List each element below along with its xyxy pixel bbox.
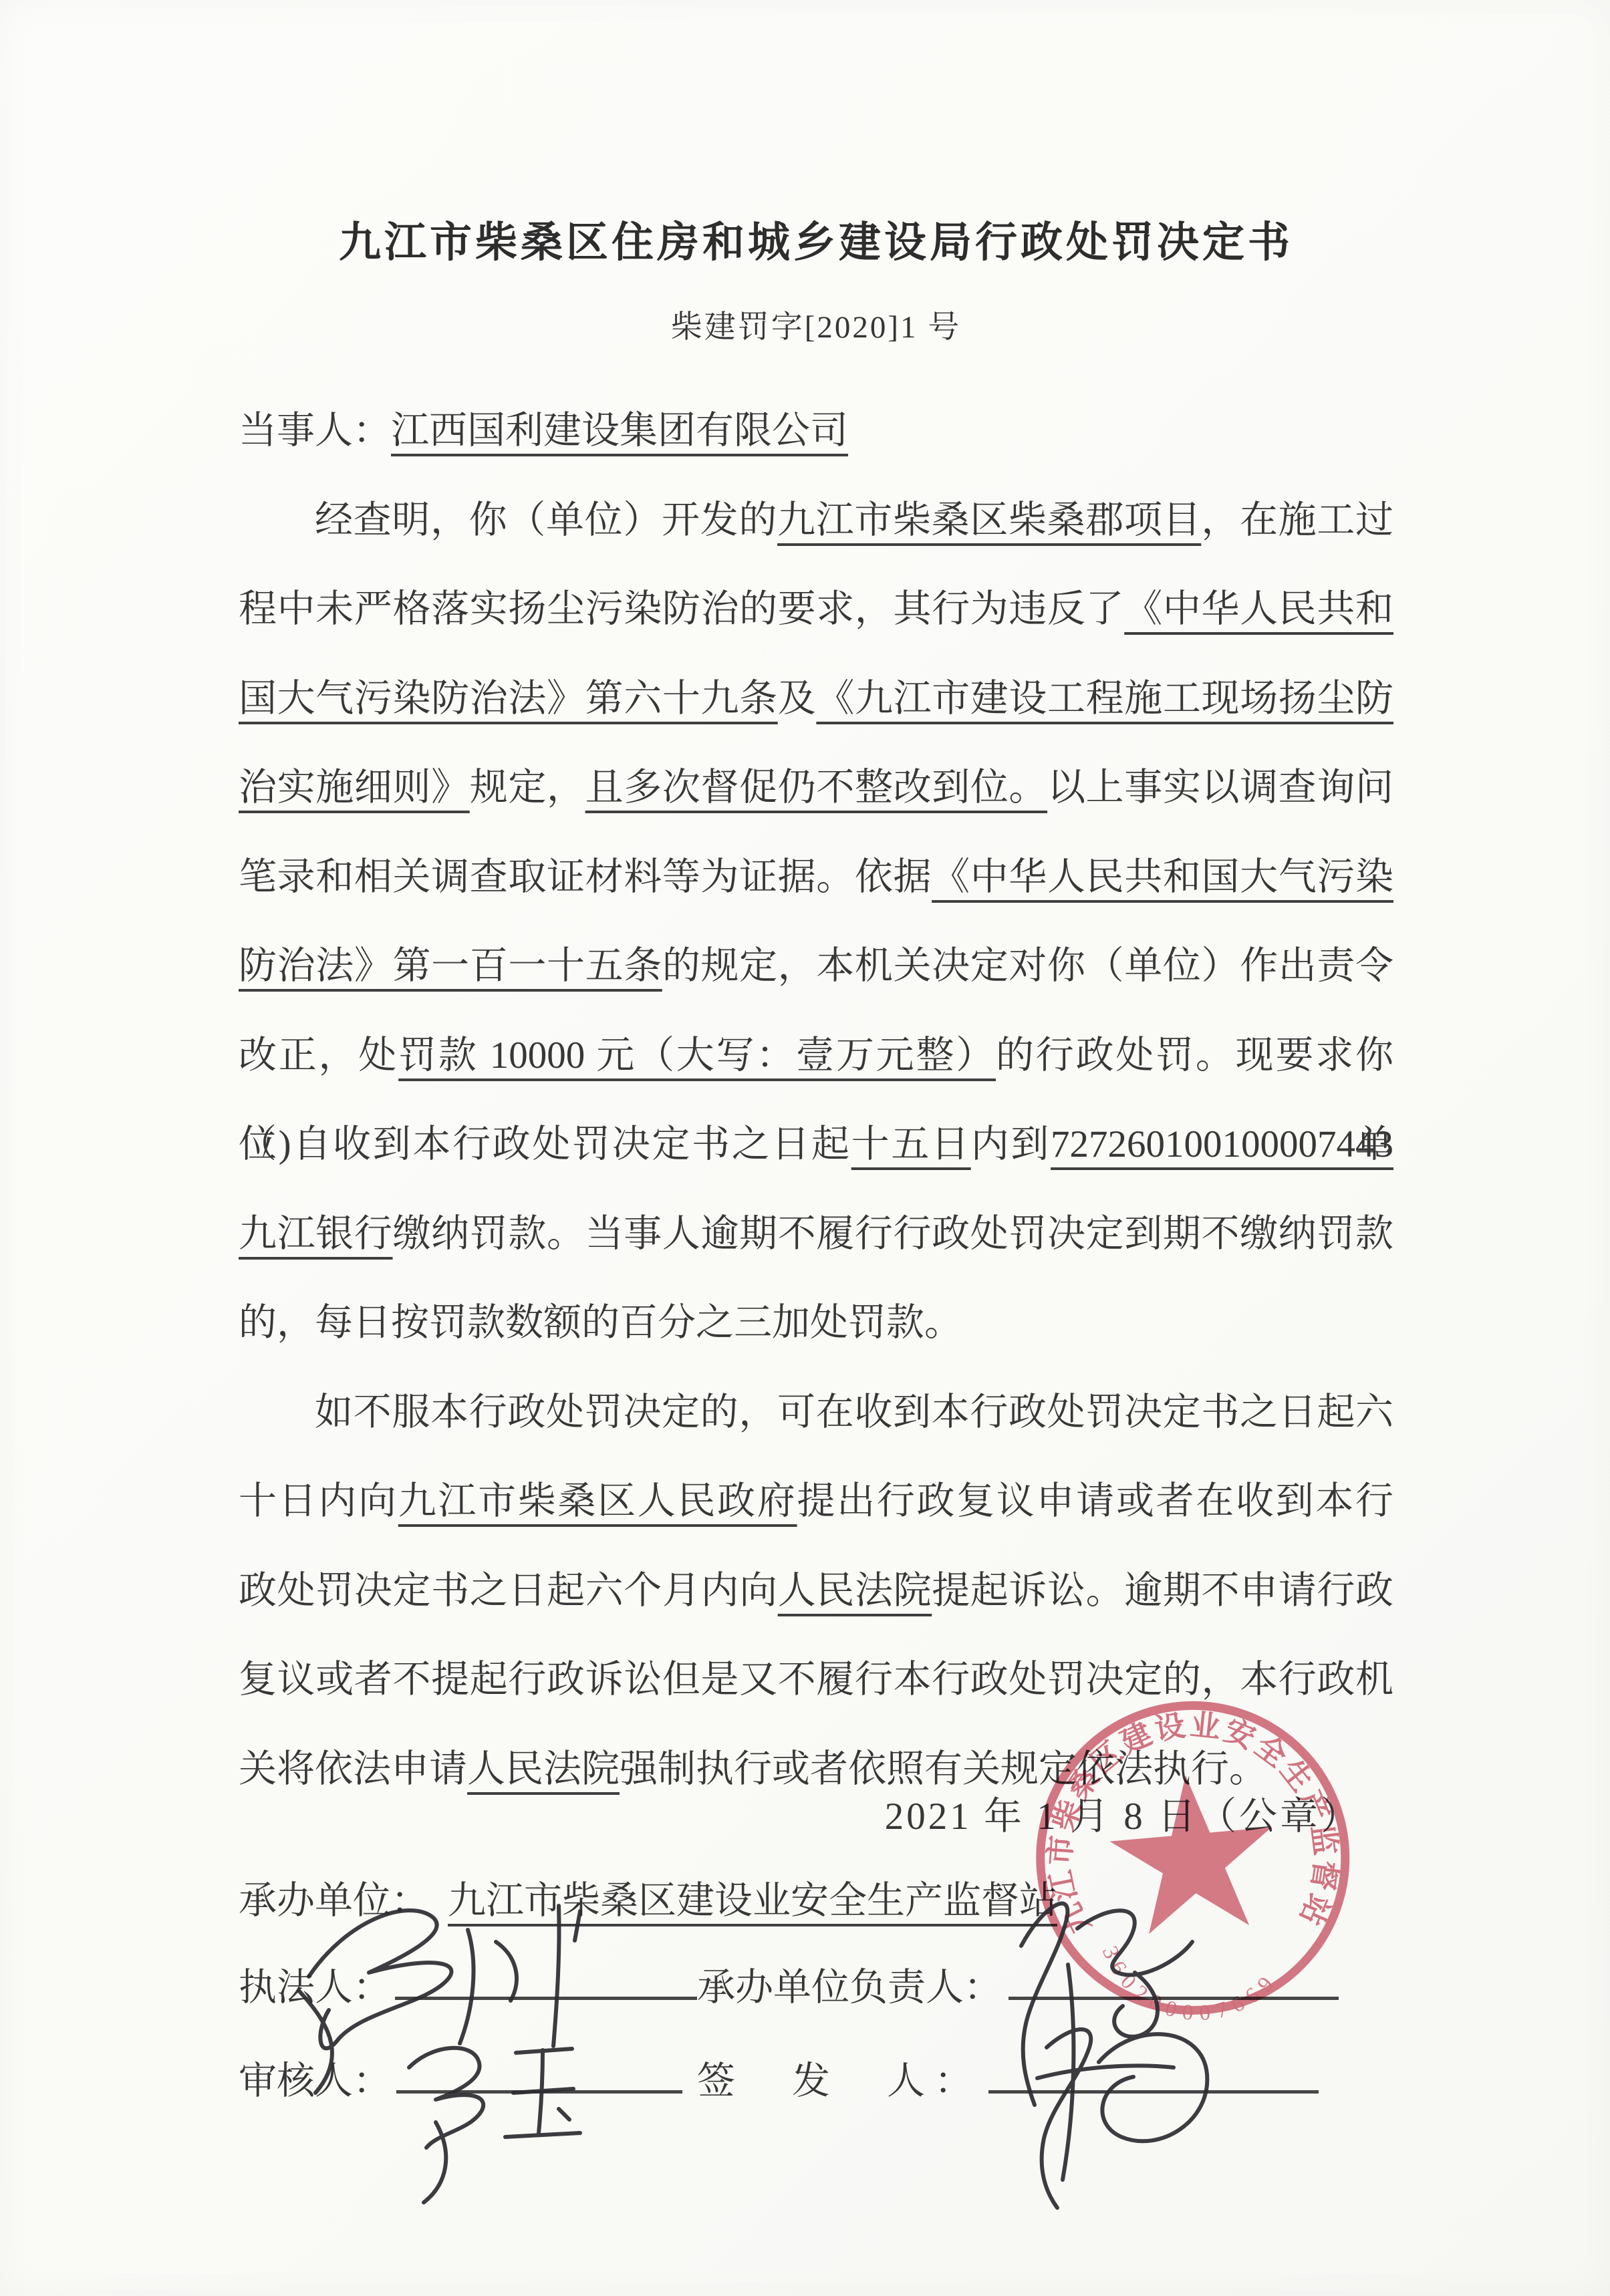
- body-text: 缴纳罚款。当事人逾期不履行行政处罚决定到期不缴纳罚款: [392, 1213, 1393, 1255]
- body-line-7: 防治法》第一百一十五条的规定，本机关决定对你（单位）作出责令: [239, 921, 1393, 1011]
- body-text: 改正，处: [239, 1034, 398, 1077]
- body-text: 提起诉讼。逾期不申请行政: [932, 1570, 1393, 1612]
- enforcer-label: 执法人：: [239, 1967, 391, 2009]
- underlined-text: 人民法院: [467, 1748, 620, 1790]
- body-line-4: 国大气污染防治法》第六十九条及《九江市建设工程施工现场扬尘防: [239, 654, 1393, 744]
- reviewer-signature-line: [396, 2051, 682, 2094]
- body-line-11: 的，每日按罚款数额的百分之三加处罚款。: [239, 1278, 1393, 1368]
- body-line-12: 如不服本行政处罚决定的，可在收到本行政处罚决定书之日起六: [239, 1368, 1393, 1457]
- date-line: 2021 年 1 月 8 日（公章）: [239, 1785, 1393, 1840]
- body-text: 复议或者不提起行政诉讼但是又不履行本行政处罚决定的，本行政机: [239, 1659, 1393, 1701]
- body-text: 十日内向: [239, 1480, 398, 1522]
- underlined-text: 727260100100007443: [1051, 1123, 1393, 1165]
- body-text: 强制执行或者依照有关规定依法执行。: [620, 1748, 1267, 1790]
- enforcer-signature-line: [395, 1958, 697, 2000]
- underlined-text: 《九江市建设工程施工现场扬尘防: [816, 678, 1393, 720]
- underlined-text: 治实施细则》: [239, 766, 470, 809]
- body-text: 规定，: [470, 766, 585, 809]
- issuer-signature-line: [988, 2051, 1319, 2094]
- underlined-text: 国大气污染防治法》第六十九条: [239, 678, 778, 720]
- body-text: 政处罚决定书之日起六个月内向: [239, 1570, 778, 1612]
- body-text: 位)自收到本行政处罚决定书之日起: [239, 1123, 851, 1165]
- document-number: 柴建罚字[2020]1 号: [239, 302, 1393, 347]
- undertaker-label: 承办单位：: [239, 1880, 429, 1922]
- body-text: 以上事实以调查询问: [1047, 766, 1393, 809]
- body-text: 关将依法申请: [239, 1748, 467, 1790]
- reviewer-row: 审核人：签 发 人：: [239, 2050, 1319, 2105]
- body-line-10: 九江银行缴纳罚款。当事人逾期不履行行政处罚决定到期不缴纳罚款: [239, 1189, 1393, 1279]
- issuer-label: 签 发 人：: [697, 2060, 982, 2102]
- body-line-2: 经查明，你（单位）开发的九江市柴桑区柴桑郡项目，在施工过: [239, 476, 1393, 565]
- body-text: 程中未严格落实扬尘污染防治的要求，其行为违反了: [239, 588, 1124, 630]
- underlined-text: 十五日: [851, 1123, 971, 1165]
- undertaker-value: 九江市柴桑区建设业安全生产监督站: [448, 1880, 1057, 1922]
- body-text: 提出行政复议申请或者在收到本行: [797, 1480, 1394, 1522]
- body-line-9: 位)自收到本行政处罚决定书之日起十五日内到727260100100007443: [239, 1100, 1393, 1189]
- body-line-13: 十日内向九江市柴桑区人民政府提出行政复议申请或者在收到本行: [239, 1457, 1393, 1546]
- responsible-label: 承办单位负责人：: [697, 1967, 1002, 2009]
- body-text: 当事人：: [239, 410, 391, 452]
- body-line-6: 笔录和相关调查取证材料等为证据。依据《中华人民共和国大气污染: [239, 833, 1393, 922]
- body-text: 的规定，本机关决定对你（单位）作出责令: [662, 945, 1393, 987]
- body-line-14: 政处罚决定书之日起六个月内向人民法院提起诉讼。逾期不申请行政: [239, 1546, 1393, 1636]
- body-text: 内到: [971, 1123, 1051, 1165]
- body-line-5: 治实施细则》规定，且多次督促仍不整改到位。以上事实以调查询问: [239, 743, 1393, 833]
- responsible-signature: [1021, 1904, 1192, 2180]
- scanned-document-page: 九江市柴桑区住房和城乡建设局行政处罚决定书 柴建罚字[2020]1 号 当事人：…: [0, 0, 1610, 2296]
- responsible-signature-line: [1009, 1958, 1339, 2000]
- body-line-3: 程中未严格落实扬尘污染防治的要求，其行为违反了《中华人民共和: [239, 565, 1393, 654]
- enforcer-row: 执法人：承办单位负责人：: [239, 1957, 1339, 2011]
- reviewer-label: 审核人：: [239, 2060, 391, 2102]
- body-text: ，在施工过: [1201, 499, 1393, 541]
- body-text: 经查明，你（单位）开发的: [315, 499, 777, 541]
- undertaker-row: 承办单位：九江市柴桑区建设业安全生产监督站: [239, 1870, 1057, 1924]
- body-text: 及: [778, 678, 817, 720]
- underlined-text: 防治法》第一百一十五条: [239, 945, 662, 987]
- page-title: 九江市柴桑区住房和城乡建设局行政处罚决定书: [239, 208, 1393, 269]
- underlined-text: 人民法院: [778, 1570, 932, 1612]
- underlined-text: 《中华人民共和国大气污染: [932, 856, 1393, 898]
- underlined-text: 九江市柴桑区柴桑郡项目: [777, 499, 1201, 541]
- underlined-text: 九江银行: [239, 1213, 392, 1255]
- underlined-text: 江西国利建设集团有限公司: [391, 410, 848, 452]
- body-text: 的，每日按罚款数额的百分之三加处罚款。: [239, 1302, 962, 1344]
- body-line-15: 复议或者不提起行政诉讼但是又不履行本行政处罚决定的，本行政机: [239, 1635, 1393, 1725]
- underlined-text: 九江市柴桑区人民政府: [398, 1480, 797, 1522]
- document-body: 当事人：江西国利建设集团有限公司经查明，你（单位）开发的九江市柴桑区柴桑郡项目，…: [239, 386, 1393, 1814]
- underlined-text: 且多次督促仍不整改到位。: [585, 766, 1047, 809]
- body-line-1: 当事人：江西国利建设集团有限公司: [239, 386, 1393, 476]
- body-text: 笔录和相关调查取证材料等为证据。依据: [239, 856, 932, 898]
- body-text: 如不服本行政处罚决定的，可在收到本行政处罚决定书之日起六: [315, 1391, 1393, 1433]
- body-line-8: 改正，处罚款 10000 元（大写：壹万元整）的行政处罚。现要求你（单: [239, 1011, 1393, 1101]
- underlined-text: 罚款 10000 元（大写：壹万元整）: [398, 1034, 996, 1077]
- underlined-text: 《中华人民共和: [1124, 588, 1393, 630]
